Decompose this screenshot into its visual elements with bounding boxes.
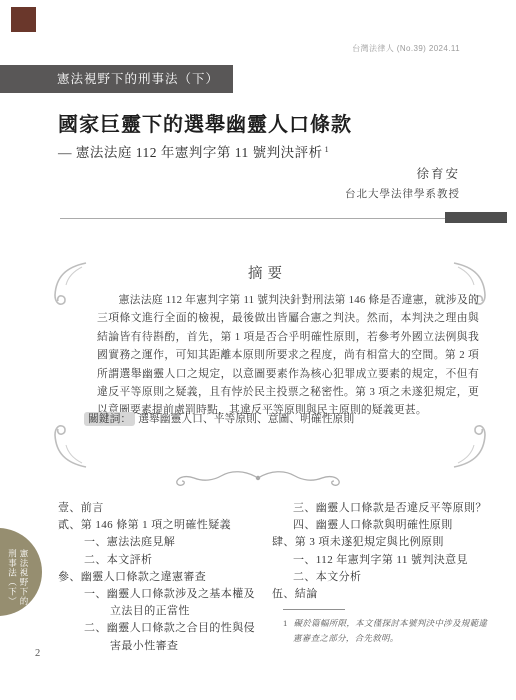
toc-item: 二、幽靈人口條款之合目的性與侵	[84, 620, 270, 637]
footnote: 1礙於篇幅所限，本文僅探討本號判決中涉及規範違憲審查之部分，合先敘明。	[283, 616, 493, 645]
article-subtitle: — 憲法法庭 112 年憲判字第 11 號判決評析1	[58, 141, 329, 161]
toc-item: 一、憲法法庭見解	[84, 534, 270, 551]
author-block: 徐育安 台北大學法律學系教授	[345, 164, 460, 201]
abstract-heading: 摘要	[50, 262, 485, 283]
corner-accent-square	[11, 7, 36, 32]
author-affiliation: 台北大學法律學系教授	[345, 186, 460, 201]
footnote-number: 1	[283, 618, 288, 628]
side-tab-label: 憲法視野下的刑事法（下）	[6, 549, 29, 607]
toc-right-column: 三、幽靈人口條款是否違反平等原則？四、幽靈人口條款與明確性原則肆、第 3 項未遂…	[272, 500, 512, 603]
journal-issue-line: 台灣法律人 (No.39) 2024.11	[352, 43, 460, 54]
keywords-list: 選舉幽靈人口、平等原則、意圖、明確性原則	[138, 413, 354, 425]
divider-ornament-icon	[173, 467, 343, 489]
author-name: 徐育安	[345, 164, 460, 182]
flourish-icon	[452, 423, 488, 469]
toc-item: 立法目的正當性	[110, 603, 270, 620]
page-title: 國家巨靈下的選舉幽靈人口條款	[58, 108, 352, 137]
subtitle-text: — 憲法法庭 112 年憲判字第 11 號判決評析	[58, 145, 323, 160]
side-tab: 憲法視野下的刑事法（下）	[0, 528, 42, 616]
toc-item: 貳、第 146 條第 1 項之明確性疑義	[58, 517, 270, 534]
footnote-text: 礙於篇幅所限，本文僅探討本號判決中涉及規範違憲審查之部分，合先敘明。	[293, 618, 487, 643]
footnote-reference: 1	[325, 145, 330, 154]
toc-item: 四、幽靈人口條款與明確性原則	[293, 517, 512, 534]
page-number: 2	[35, 648, 40, 659]
header-rule-line	[60, 218, 445, 219]
toc-item: 一、幽靈人口條款涉及之基本權及	[84, 586, 270, 603]
toc-item: 三、幽靈人口條款是否違反平等原則？	[293, 500, 512, 517]
toc-item: 壹、前言	[58, 500, 270, 517]
keywords-label: 關鍵詞：	[84, 412, 135, 426]
toc-item: 二、本文評析	[84, 552, 270, 569]
toc-item: 參、幽靈人口條款之違憲審查	[58, 569, 270, 586]
flourish-icon	[52, 423, 88, 469]
toc-item: 肆、第 3 項未遂犯規定與比例原則	[272, 534, 512, 551]
abstract-body: 憲法法庭 112 年憲判字第 11 號判決針對刑法第 146 條是否違憲，就涉及…	[97, 291, 479, 420]
series-banner: 憲法視野下的刑事法（下）	[0, 65, 233, 93]
header-rule-accent	[445, 212, 507, 223]
toc-item: 害最小性審查	[110, 638, 270, 655]
toc-left-column: 壹、前言貳、第 146 條第 1 項之明確性疑義一、憲法法庭見解二、本文評析參、…	[58, 500, 270, 655]
toc-item: 二、本文分析	[293, 569, 512, 586]
toc-item: 伍、結論	[272, 586, 512, 603]
keywords-line: 關鍵詞：選舉幽靈人口、平等原則、意圖、明確性原則	[84, 411, 354, 426]
footnote-separator	[283, 609, 345, 610]
journal-page: { "header": { "journal_line": "台灣法律人 (No…	[0, 0, 516, 700]
toc-item: 一、112 年憲判字第 11 號判決意見	[293, 552, 512, 569]
